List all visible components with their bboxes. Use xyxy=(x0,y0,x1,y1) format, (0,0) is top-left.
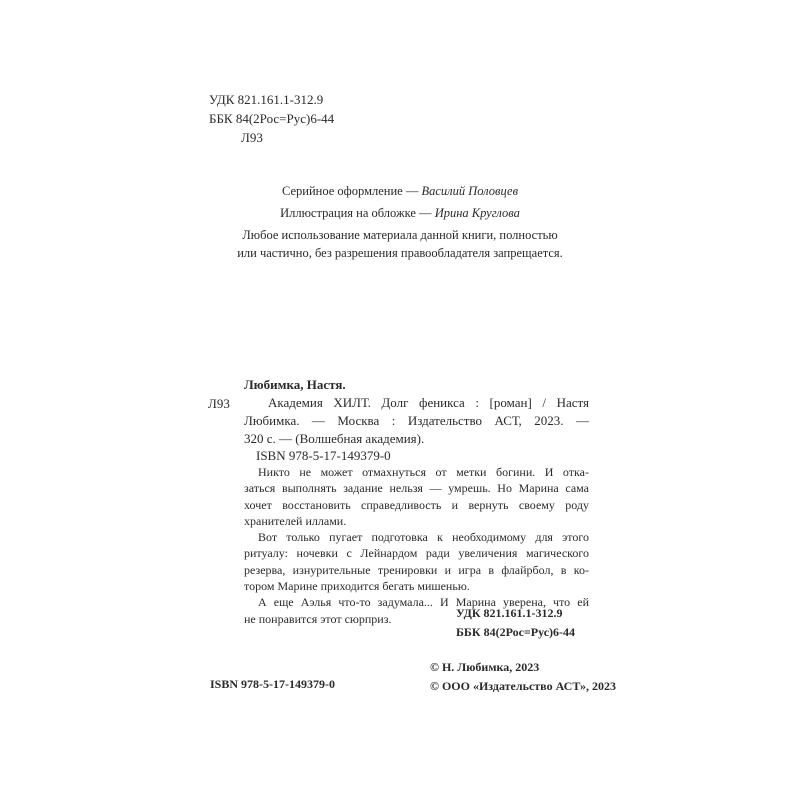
rights-line: Любое использование материала данной кни… xyxy=(200,226,600,244)
annotation-line: тором Марине приходится бегать мишенью. xyxy=(244,578,589,594)
classification-block-top: УДК 821.161.1-312.9 ББК 84(2Рос=Рус)6-44… xyxy=(209,90,334,147)
description-line: 320 с. — (Волшебная академия). xyxy=(244,430,589,448)
credits-block: Серийное оформление — Василий Половцев И… xyxy=(190,180,610,224)
bbk-code: ББК 84(2Рос=Рус)6-44 xyxy=(456,623,575,642)
classification-block-bottom: УДК 821.161.1-312.9 ББК 84(2Рос=Рус)6-44 xyxy=(456,604,575,642)
rights-notice: Любое использование материала данной кни… xyxy=(200,226,600,262)
series-design-name: Василий Половцев xyxy=(421,184,518,198)
annotation-line: заться выполнять задание нельзя — умрешь… xyxy=(244,480,589,496)
cover-illustration-label: Иллюстрация на обложке — xyxy=(280,206,435,220)
annotation-line: хранителей иллами. xyxy=(244,513,589,529)
udk-code: УДК 821.161.1-312.9 xyxy=(456,604,575,623)
cover-illustration-credit: Иллюстрация на обложке — Ирина Круглова xyxy=(190,202,610,224)
cover-illustration-name: Ирина Круглова xyxy=(435,206,520,220)
description-line: Любимка. — Москва : Издательство АСТ, 20… xyxy=(244,412,589,430)
copyright-block: © Н. Любимка, 2023 © ООО «Издательство А… xyxy=(430,658,616,696)
annotation-line: ритуалу: ночевки с Лейнардом ради увелич… xyxy=(244,545,589,561)
description-line: Академия ХИЛТ. Долг феникса : [роман] / … xyxy=(244,394,589,412)
copyright-author: © Н. Любимка, 2023 xyxy=(430,658,616,677)
annotation: Никто не может отмахнуться от метки боги… xyxy=(244,464,589,627)
footer-isbn: ISBN 978-5-17-149379-0 xyxy=(210,677,335,692)
annotation-line: резерва, изнурительные тренировки и игра… xyxy=(244,562,589,578)
annotation-line: Никто не может отмахнуться от метки боги… xyxy=(244,464,589,480)
card-description: Академия ХИЛТ. Долг феникса : [роман] / … xyxy=(244,394,589,448)
card-author-mark: Л93 xyxy=(208,396,230,412)
series-design-credit: Серийное оформление — Василий Половцев xyxy=(190,180,610,202)
card-isbn: ISBN 978-5-17-149379-0 xyxy=(256,448,391,464)
copyright-publisher: © ООО «Издательство АСТ», 2023 xyxy=(430,677,616,696)
bbk-code: ББК 84(2Рос=Рус)6-44 xyxy=(209,109,334,128)
annotation-line: хочет восстановить справедливость и верн… xyxy=(244,497,589,513)
rights-line: или частично, без разрешения правооблада… xyxy=(200,244,600,262)
series-design-label: Серийное оформление — xyxy=(282,184,421,198)
card-author: Любимка, Настя. xyxy=(244,377,346,393)
udk-code: УДК 821.161.1-312.9 xyxy=(209,90,334,109)
author-mark: Л93 xyxy=(209,128,334,147)
annotation-line: Вот только пугает подготовка к необходим… xyxy=(244,529,589,545)
